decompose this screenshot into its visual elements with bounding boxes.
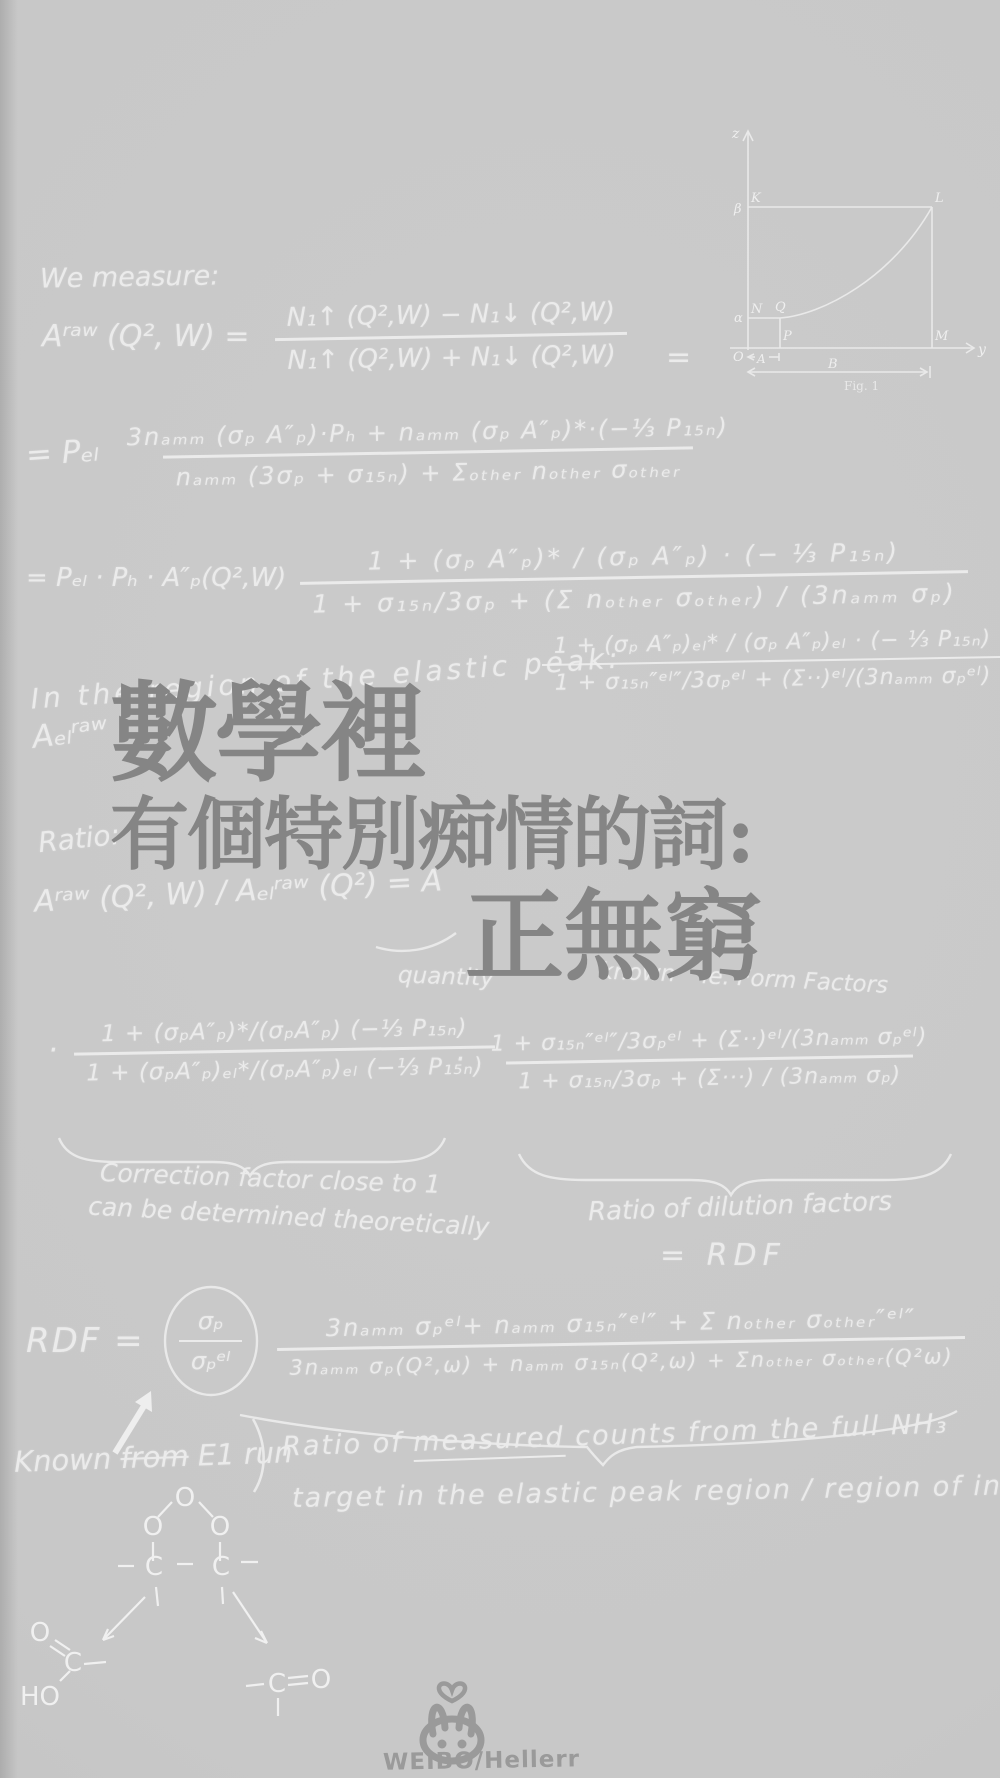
measured-pre: Ratio of bbox=[282, 1427, 414, 1463]
fig1-point-K: K bbox=[750, 191, 762, 206]
correction-factor-fraction: · 1 + (σₚA″ₚ)*/(σₚA″ₚ) (−⅓ P₁₅ₙ) 1 + (σₚ… bbox=[48, 1018, 495, 1083]
fig1-y-axis-label: y bbox=[977, 342, 987, 358]
circled-sigma-ratio: σₚ σₚᵉˡ bbox=[159, 1282, 263, 1400]
eq1-lhs: Aʳᵃʷ (Q², W) = bbox=[42, 319, 249, 354]
fig1-point-M: M bbox=[934, 329, 949, 344]
fig1-segment-A-label: A bbox=[756, 352, 766, 366]
rdf-frac: 3nₐₘₘ σₚᵉˡ+ nₐₘₘ σ₁₅ₙ″ᵉˡ″ + Σ nₒₜₕₑᵣ σₒₜ… bbox=[276, 1302, 965, 1379]
measured-underlined-word: measured bbox=[413, 1422, 566, 1462]
fig1-z-axis-label: z bbox=[731, 126, 740, 142]
chem-oxygen-aldehyde: O bbox=[311, 1665, 331, 1695]
elastic-asymmetry-fraction: 1 + (σₚ A″ₚ)ₑₗ* / (σₚ A″ₚ)ₑₗ · (− ⅓ P₁₅ₙ… bbox=[541, 626, 1000, 696]
eq7-frac: 1 + σ₁₅ₙ″ᵉˡ″/3σₚᵉˡ + (Σ··)ᵉˡ/(3nₐₘₘ σₚᵉˡ… bbox=[478, 1024, 940, 1095]
eq4-denominator: 1 + σ₁₅ₙ″ᵉˡ″/3σₚᵉˡ + (Σ··)ᵉˡ/(3nₐₘₘ σₚᵉˡ… bbox=[542, 656, 1000, 696]
chem-oxygen-top: O bbox=[175, 1483, 195, 1513]
fig1-point-L: L bbox=[934, 191, 944, 206]
eq7-bullet: · bbox=[455, 1042, 465, 1077]
fig1-point-N: N bbox=[750, 302, 763, 317]
dilution-ratio-fraction: · 1 + σ₁₅ₙ″ᵉˡ″/3σₚᵉˡ + (Σ··)ᵉˡ/(3nₐₘₘ σₚ… bbox=[455, 1028, 939, 1091]
eq3-lhs: = Pₑₗ · Pₕ · A″ₚ(Q²,W) bbox=[26, 563, 286, 593]
eq6-frac: 1 + (σₚA″ₚ)*/(σₚA″ₚ) (−⅓ P₁₅ₙ) 1 + (σₚA″… bbox=[73, 1014, 495, 1086]
chem-carbon-acid: C bbox=[64, 1648, 82, 1678]
factored-equation: = Pₑₗ · Pₕ · A″ₚ(Q²,W) 1 + (σₚ A″ₚ)* / (… bbox=[26, 542, 969, 613]
eq7-denominator: 1 + σ₁₅ₙ/3σₚ + (Σ···) / (3nₐₘₘ σₚ) bbox=[505, 1054, 912, 1094]
polarization-expansion-equation: = Pₑₗ 3nₐₘₘ (σₚ A″ₚ)·Pₕ + nₐₘₘ (σₚ A″ₚ)*… bbox=[26, 418, 741, 487]
rdf-equation: RDF = σₚ σₚᵉˡ 3nₐₘₘ σₚᵉˡ+ nₐₘₘ σ₁₅ₙ″ᵉˡ″ … bbox=[26, 1282, 965, 1400]
eq1-continuation-equals: = bbox=[666, 340, 691, 375]
known-post: E1 run bbox=[188, 1435, 293, 1473]
logo-text: WEIBO/Hellerr bbox=[383, 1746, 580, 1775]
chem-oxygen-left: O bbox=[143, 1512, 163, 1542]
fig1-caption: Fig. 1 bbox=[844, 379, 879, 393]
dilution-caption-rdf: = RDF bbox=[660, 1238, 786, 1273]
fig1-alpha-label: α bbox=[734, 311, 743, 326]
eq2-fraction: 3nₐₘₘ (σₚ A″ₚ)·Pₕ + nₐₘₘ (σₚ A″ₚ)*·(−⅓ P… bbox=[114, 413, 741, 493]
fig1-beta-label: β bbox=[733, 202, 742, 217]
eq1-denominator: N₁↑ (Q²,W) + N₁↓ (Q²,W) bbox=[275, 332, 628, 376]
eq2-lhs: = Pₑₗ bbox=[25, 432, 100, 473]
ratio-label: Ratio: bbox=[36, 818, 121, 859]
chem-hydroxyl-group: HO bbox=[20, 1682, 60, 1712]
overlay-quote-line-1: 數學裡 bbox=[110, 680, 425, 788]
eq3-fraction: 1 + (σₚ A″ₚ)* / (σₚ A″ₚ) · (− ⅓ P₁₅ₙ) 1 … bbox=[300, 536, 970, 619]
eq6-bullet: · bbox=[48, 1033, 58, 1068]
overlay-quote-line-2: 有個特別痴情的詞: bbox=[110, 795, 753, 874]
chem-carbon-right: C bbox=[212, 1552, 230, 1582]
overlay-quote-line-3: 正無窮 bbox=[465, 888, 762, 987]
eq1-fraction: N₁↑ (Q²,W) − N₁↓ (Q²,W) N₁↑ (Q²,W) + N₁↓… bbox=[275, 297, 629, 376]
fig1-point-P: P bbox=[782, 329, 792, 344]
measure-label: We measure: bbox=[40, 260, 220, 294]
chem-carbon-aldehyde: C bbox=[268, 1669, 286, 1699]
fig1-point-Q: Q bbox=[775, 300, 786, 315]
known-pre: Known bbox=[13, 1441, 121, 1479]
sigma-ratio-circle bbox=[159, 1282, 263, 1400]
chemistry-sketch: O O O C C O C HO C O bbox=[15, 1475, 350, 1725]
known-struck-word: from bbox=[120, 1439, 189, 1475]
correction-caption-2: can be determined theoretically bbox=[88, 1192, 491, 1242]
fig1-diagram: z y K L M N Q P O α β A B Fig. 1 bbox=[722, 118, 992, 403]
rdf-lhs: RDF = bbox=[26, 1321, 145, 1361]
chem-carbon-left: C bbox=[145, 1552, 163, 1582]
chem-oxygen-right: O bbox=[210, 1512, 230, 1542]
asymmetry-equation: Aʳᵃʷ (Q², W) = N₁↑ (Q²,W) − N₁↓ (Q²,W) N… bbox=[42, 300, 628, 373]
notes-board: We measure: Aʳᵃʷ (Q², W) = N₁↑ (Q²,W) − … bbox=[0, 0, 1000, 1778]
fig1-point-O: O bbox=[733, 350, 744, 365]
ratio-equation-swoosh bbox=[372, 925, 462, 957]
target-region-note: target in the elastic peak region / regi… bbox=[292, 1469, 1000, 1514]
chem-oxygen-acid: O bbox=[30, 1618, 50, 1648]
fig1-segment-B-label: B bbox=[827, 357, 838, 372]
eq6-denominator: 1 + (σₚA″ₚ)ₑₗ*/(σₚA″ₚ)ₑₗ (−⅓ P₁₅ₙ) bbox=[74, 1045, 496, 1086]
